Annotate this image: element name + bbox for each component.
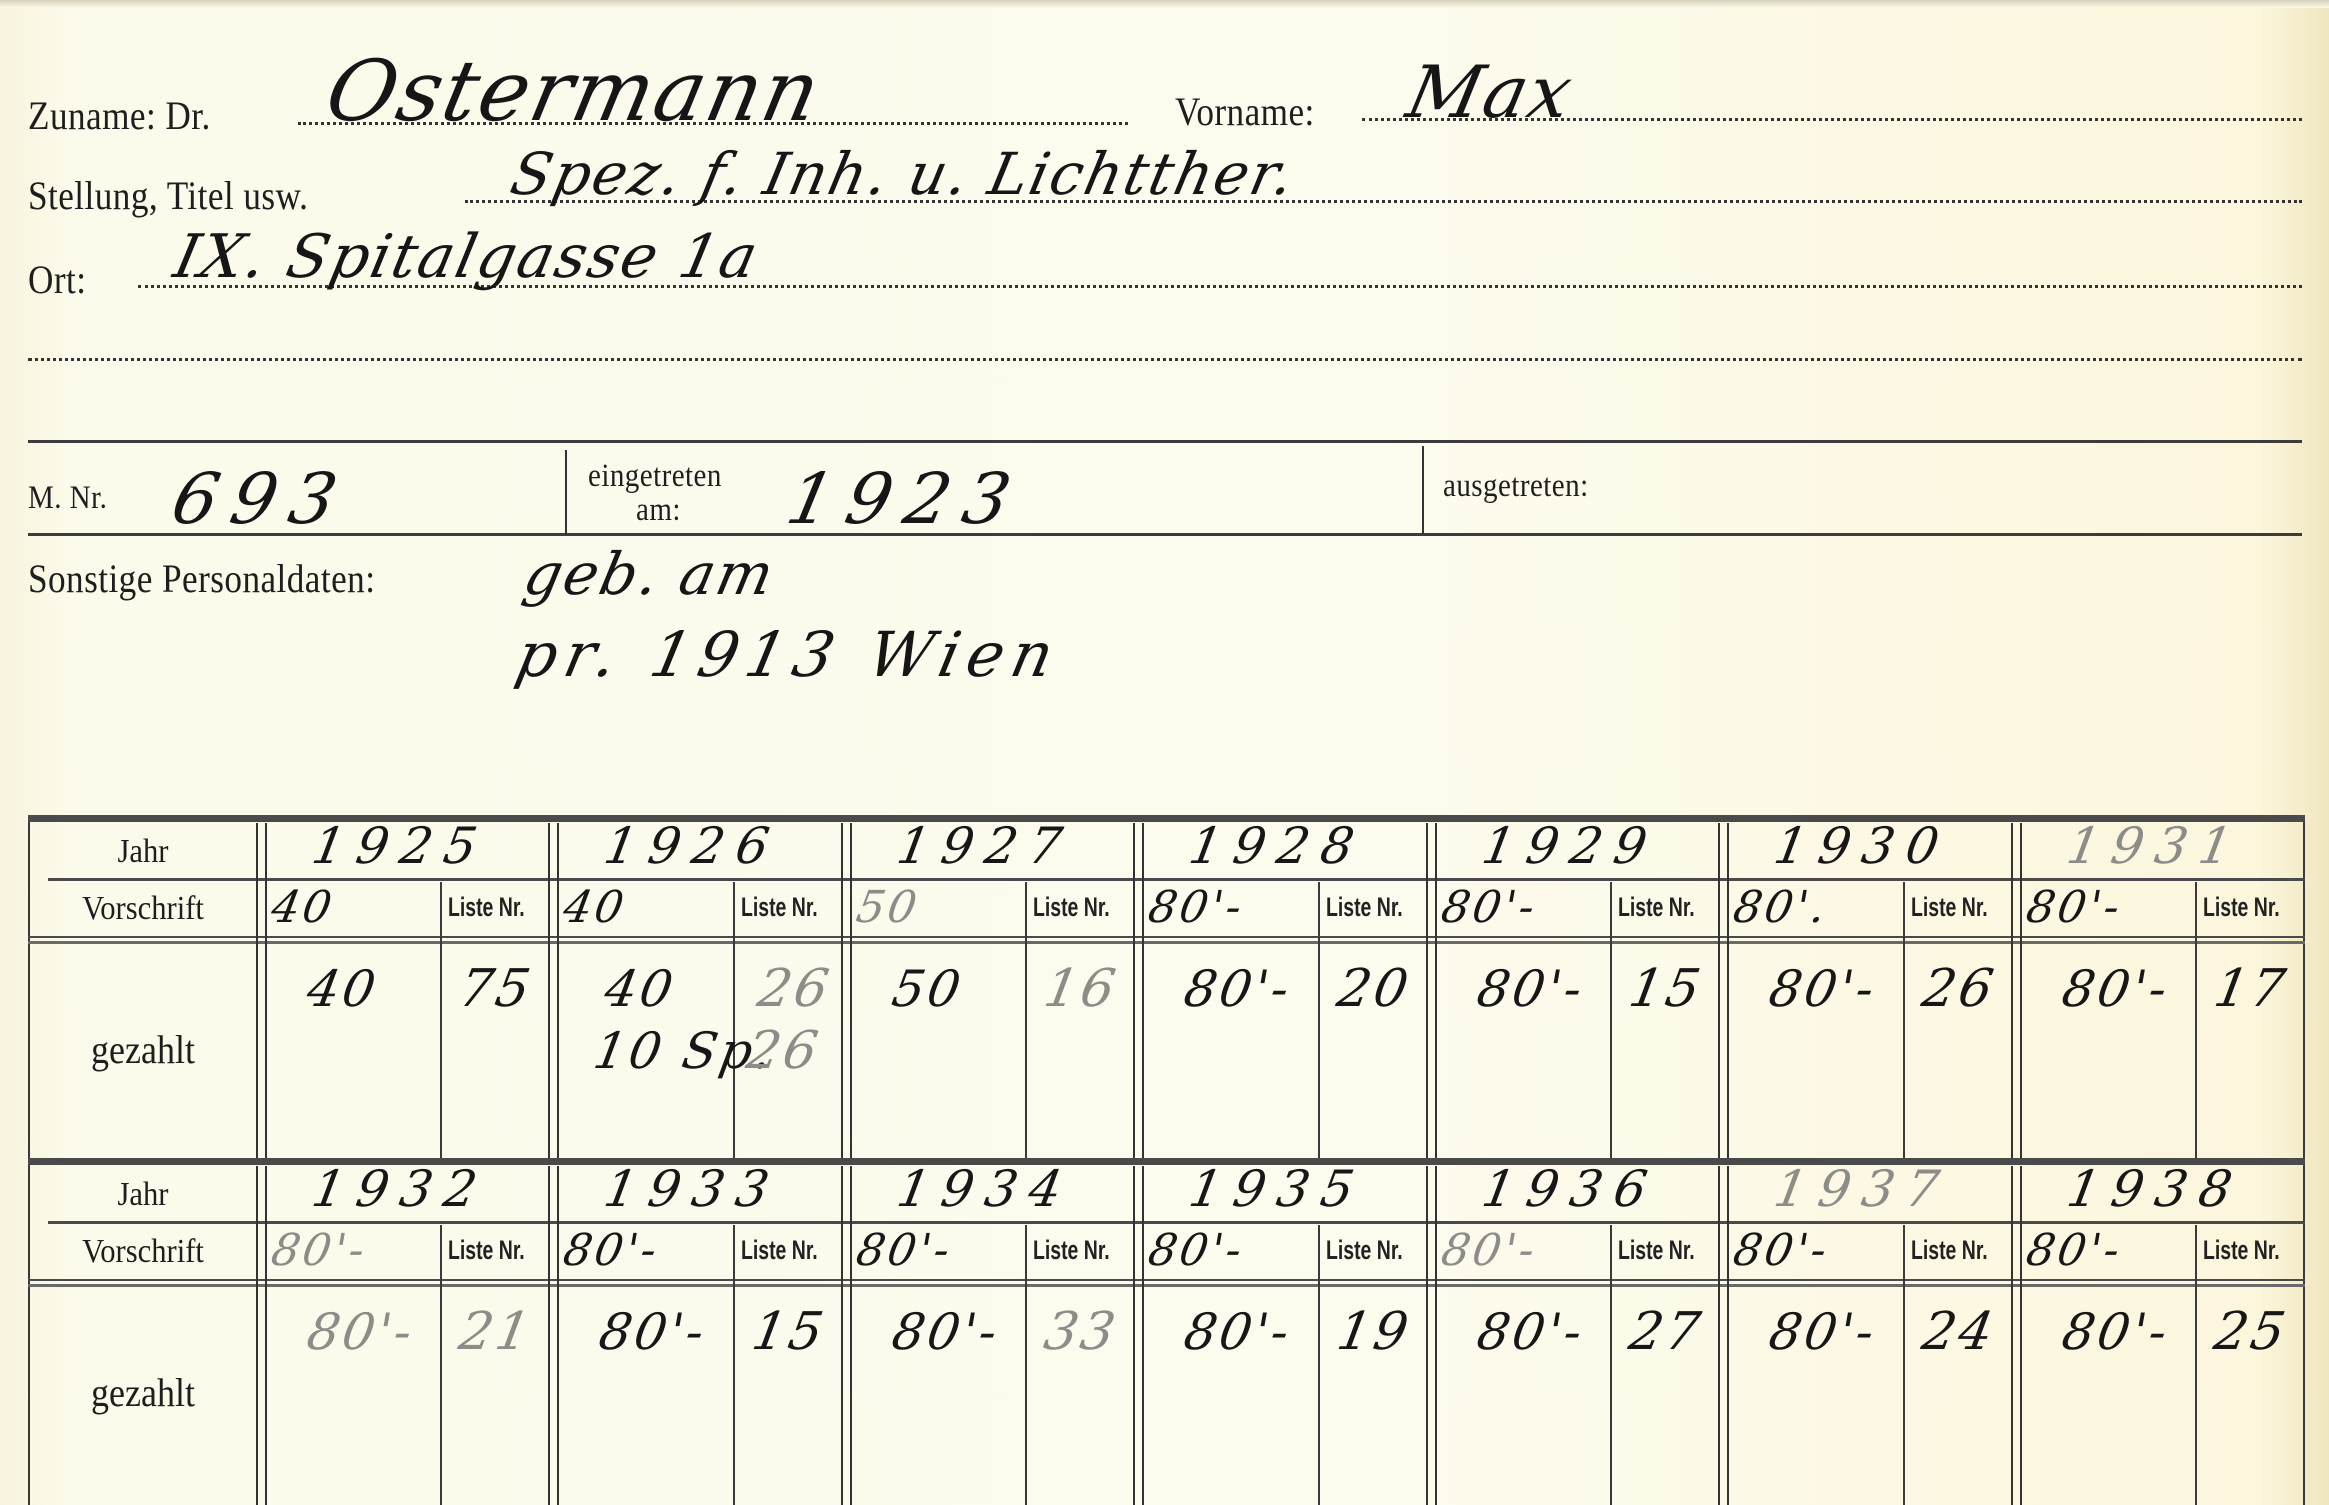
sonstige-line2: pr. 1913 Wien xyxy=(510,618,1068,691)
blank-line xyxy=(28,358,2302,361)
liste-nr-label: Liste Nr. xyxy=(1618,892,1695,923)
year-column-divider xyxy=(2011,823,2022,1158)
liste-column-divider xyxy=(1025,1225,1027,1505)
liste-nr-label: Liste Nr. xyxy=(1033,892,1110,923)
liste-column-divider xyxy=(1610,882,1612,1158)
liste-column-divider xyxy=(2195,1225,2197,1505)
sonstige-line1: geb. am xyxy=(518,540,781,608)
vorname-label: Vorname: xyxy=(1175,88,1315,135)
vorschrift-row-rule-2 xyxy=(28,1284,2305,1287)
liste-column-divider xyxy=(2195,882,2197,1158)
gezahlt-value: 80'- xyxy=(887,1301,1004,1363)
liste-column-divider xyxy=(1903,882,1905,1158)
liste-nr-label: Liste Nr. xyxy=(741,1235,818,1266)
year-value: 1926 xyxy=(600,817,785,875)
ausgetreten-label: ausgetreten: xyxy=(1443,468,1589,505)
stellung-value: Spez. f. Inh. u. Lichtther. xyxy=(505,140,1302,208)
year-value: 1927 xyxy=(893,817,1078,875)
year-column-divider xyxy=(1718,1166,1729,1505)
liste-nr-label: Liste Nr. xyxy=(2203,1235,2280,1266)
liste-nr-label: Liste Nr. xyxy=(1326,892,1403,923)
vorschrift-label: Vorschrift xyxy=(40,1233,247,1271)
liste-nr-label: Liste Nr. xyxy=(1618,1235,1695,1266)
stellung-label: Stellung, Titel usw. xyxy=(28,172,308,219)
year-column-divider xyxy=(256,823,267,1158)
year-column-divider xyxy=(548,823,559,1158)
card-top-edge xyxy=(0,0,2329,8)
liste-column-divider xyxy=(733,1225,735,1505)
liste-nr-label: Liste Nr. xyxy=(448,892,525,923)
gezahlt-label: gezahlt xyxy=(40,1026,247,1073)
year-column-divider xyxy=(1718,823,1729,1158)
eingetreten-am-label: am: xyxy=(636,492,681,529)
liste-column-divider xyxy=(1318,882,1320,1158)
dues-table: JahrVorschriftgezahlt192540Liste Nr.4075… xyxy=(28,815,2305,1505)
gezahlt-value: 40 xyxy=(303,958,384,1020)
vorschrift-row-rule xyxy=(28,936,2305,938)
zuname-label: Zuname: Dr. xyxy=(28,92,211,139)
vorschrift-value: 80'. xyxy=(1730,882,1833,933)
ort-value: IX. Spitalgasse 1a xyxy=(168,222,766,292)
gezahlt-value: 80'- xyxy=(1765,958,1882,1020)
year-column-divider xyxy=(1133,1166,1144,1505)
band-top-rule xyxy=(28,440,2302,443)
jahr-label: Jahr xyxy=(40,833,247,871)
vorschrift-value: 80'- xyxy=(1437,1225,1541,1276)
year-column-divider xyxy=(1426,1166,1437,1505)
year-value: 1928 xyxy=(1185,817,1370,875)
year-value: 1931 xyxy=(2062,817,2247,875)
gezahlt-value: 80'- xyxy=(2057,958,2174,1020)
gezahlt-value: 50 xyxy=(887,958,968,1020)
ort-label: Ort: xyxy=(28,256,86,303)
gezahlt-value: 80'- xyxy=(1472,958,1589,1020)
vorname-value: Max xyxy=(1400,50,1581,134)
liste-nr-value: 20 xyxy=(1332,958,1415,1020)
vorschrift-value: 80'- xyxy=(1437,882,1541,933)
gezahlt-value: 80'- xyxy=(2057,1301,2174,1363)
liste-column-divider xyxy=(440,1225,442,1505)
vorschrift-row-rule xyxy=(28,1279,2305,1281)
year-column-divider xyxy=(841,1166,852,1505)
jahr-label: Jahr xyxy=(40,1176,247,1214)
year-value: 1933 xyxy=(600,1160,785,1218)
year-column-divider xyxy=(256,1166,267,1505)
liste-nr-value: 25 xyxy=(2210,1301,2293,1363)
gezahlt-value: 80'- xyxy=(303,1301,420,1363)
jahr-row-rule xyxy=(48,878,2305,881)
liste-nr-value: 26 xyxy=(1917,958,2000,1020)
zuname-value: Ostermann xyxy=(318,42,830,140)
vorschrift-value: 80'- xyxy=(852,1225,956,1276)
gezahlt-value: 80'- xyxy=(1472,1301,1589,1363)
band-divider-2 xyxy=(1422,446,1424,534)
vorschrift-value: 80'- xyxy=(268,1225,372,1276)
m-nr-label: M. Nr. xyxy=(28,480,107,517)
sonstige-label: Sonstige Personaldaten: xyxy=(28,555,375,602)
vorschrift-value: 80'- xyxy=(1145,882,1249,933)
vorschrift-value: 80'- xyxy=(560,1225,664,1276)
year-value: 1936 xyxy=(1478,1160,1663,1218)
liste-column-divider xyxy=(1318,1225,1320,1505)
liste-nr-label: Liste Nr. xyxy=(448,1235,525,1266)
liste-nr-value: 24 xyxy=(1917,1301,2000,1363)
liste-nr-label: Liste Nr. xyxy=(1911,892,1988,923)
gezahlt-value: 80'- xyxy=(1180,1301,1297,1363)
liste-nr-value: 33 xyxy=(1040,1301,1123,1363)
year-value: 1938 xyxy=(2062,1160,2247,1218)
vorschrift-value: 80'- xyxy=(1730,1225,1834,1276)
band-divider-1 xyxy=(565,450,567,535)
vorschrift-value: 80'- xyxy=(2022,1225,2126,1276)
year-value: 1932 xyxy=(308,1160,493,1218)
vorschrift-row-rule-2 xyxy=(28,941,2305,944)
membership-card: Zuname: Dr. Ostermann Vorname: Max Stell… xyxy=(0,0,2329,1505)
jahr-row-rule xyxy=(48,1221,2305,1224)
liste-column-divider xyxy=(1903,1225,1905,1505)
liste-nr-label: Liste Nr. xyxy=(1911,1235,1988,1266)
gezahlt-value: 80'- xyxy=(1765,1301,1882,1363)
m-nr-value: 693 xyxy=(165,458,358,540)
year-value: 1935 xyxy=(1185,1160,1370,1218)
liste-column-divider xyxy=(1025,882,1027,1158)
liste-nr-value: 17 xyxy=(2210,958,2293,1020)
vorschrift-value: 80'- xyxy=(2022,882,2126,933)
year-value: 1925 xyxy=(308,817,493,875)
vorschrift-value: 40 xyxy=(268,882,339,933)
liste-nr-label: Liste Nr. xyxy=(2203,892,2280,923)
liste-nr-value: 27 xyxy=(1625,1301,1708,1363)
eingetreten-label: eingetreten xyxy=(588,458,722,495)
eingetreten-value: 1923 xyxy=(780,458,1032,540)
year-value: 1937 xyxy=(1770,1160,1955,1218)
gezahlt-value: 80'- xyxy=(595,1301,712,1363)
year-column-divider xyxy=(1426,823,1437,1158)
liste-nr-label: Liste Nr. xyxy=(1326,1235,1403,1266)
year-column-divider xyxy=(1133,823,1144,1158)
year-value: 1934 xyxy=(893,1160,1078,1218)
gezahlt-value: 80'- xyxy=(1180,958,1297,1020)
liste-nr-label: Liste Nr. xyxy=(1033,1235,1110,1266)
liste-nr-value: 16 xyxy=(1040,958,1123,1020)
year-column-divider xyxy=(548,1166,559,1505)
liste-nr-label: Liste Nr. xyxy=(741,892,818,923)
year-value: 1929 xyxy=(1478,817,1663,875)
year-value: 1930 xyxy=(1770,817,1955,875)
liste-nr-value: 15 xyxy=(747,1301,830,1363)
liste-nr-value: 19 xyxy=(1332,1301,1415,1363)
vorschrift-label: Vorschrift xyxy=(40,890,247,928)
vorschrift-value: 40 xyxy=(560,882,631,933)
vorschrift-value: 50 xyxy=(852,882,923,933)
year-column-divider xyxy=(2011,1166,2022,1505)
gezahlt-label: gezahlt xyxy=(40,1369,247,1416)
liste-nr-value: 15 xyxy=(1625,958,1708,1020)
liste-nr-value: 75 xyxy=(455,958,538,1020)
liste-column-divider xyxy=(1610,1225,1612,1505)
vorschrift-value: 80'- xyxy=(1145,1225,1249,1276)
liste-column-divider xyxy=(440,882,442,1158)
year-column-divider xyxy=(841,823,852,1158)
band-bottom-rule xyxy=(28,533,2302,536)
liste-nr-value: 21 xyxy=(455,1301,538,1363)
